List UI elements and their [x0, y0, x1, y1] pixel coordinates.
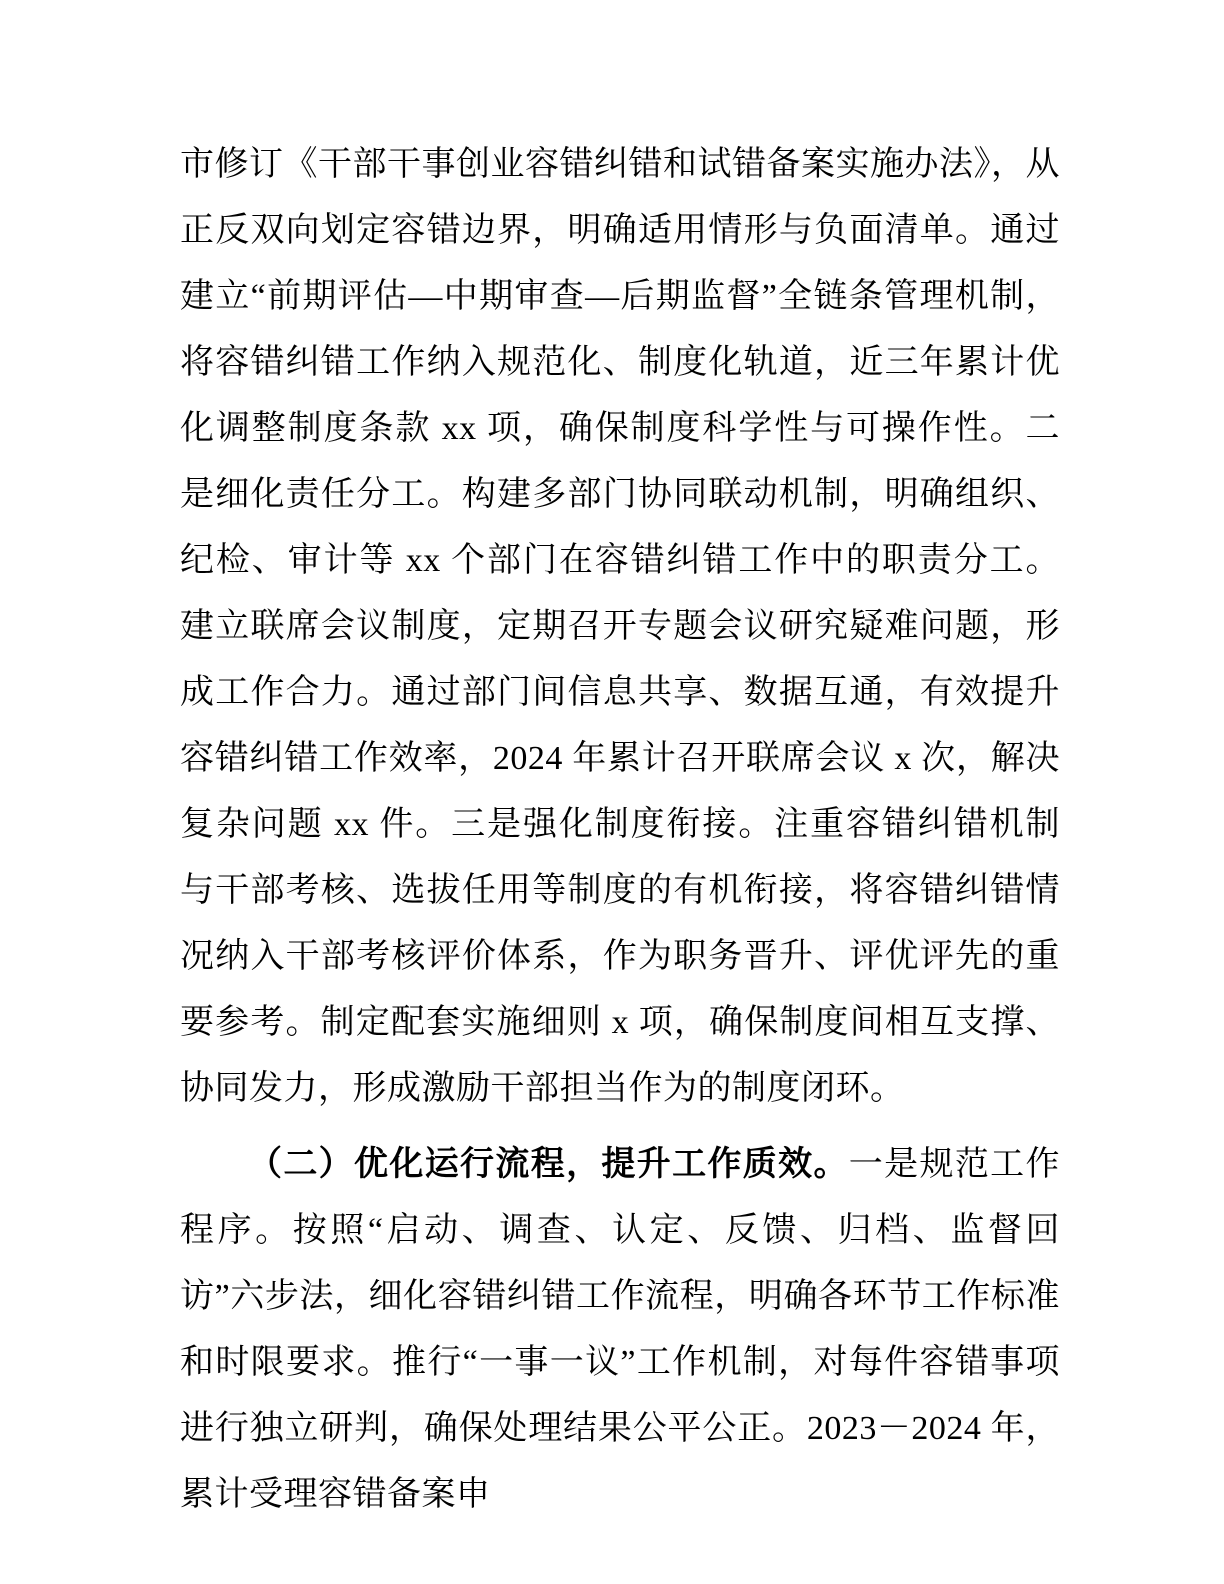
body-text-run: 市修订《干部干事创业容错纠错和试错备案实施办法》，从正反双向划定容错边界，明确适…: [180, 146, 1060, 1107]
paragraph-continuation: 市修订《干部干事创业容错纠错和试错备案实施办法》，从正反双向划定容错边界，明确适…: [180, 132, 1060, 1122]
document-text-block: 市修订《干部干事创业容错纠错和试错备案实施办法》，从正反双向划定容错边界，明确适…: [0, 0, 1224, 1528]
section-heading-run: （二）优化运行流程，提升工作质效。: [248, 1146, 849, 1183]
document-page: 市修订《干部干事创业容错纠错和试错备案实施办法》，从正反双向划定容错边界，明确适…: [0, 0, 1224, 1584]
body-text-run: 一是规范工作程序。按照“启动、调查、认定、反馈、归档、监督回访”六步法，细化容错…: [180, 1146, 1060, 1513]
paragraph-section-two: （二）优化运行流程，提升工作质效。一是规范工作程序。按照“启动、调查、认定、反馈…: [180, 1132, 1060, 1528]
